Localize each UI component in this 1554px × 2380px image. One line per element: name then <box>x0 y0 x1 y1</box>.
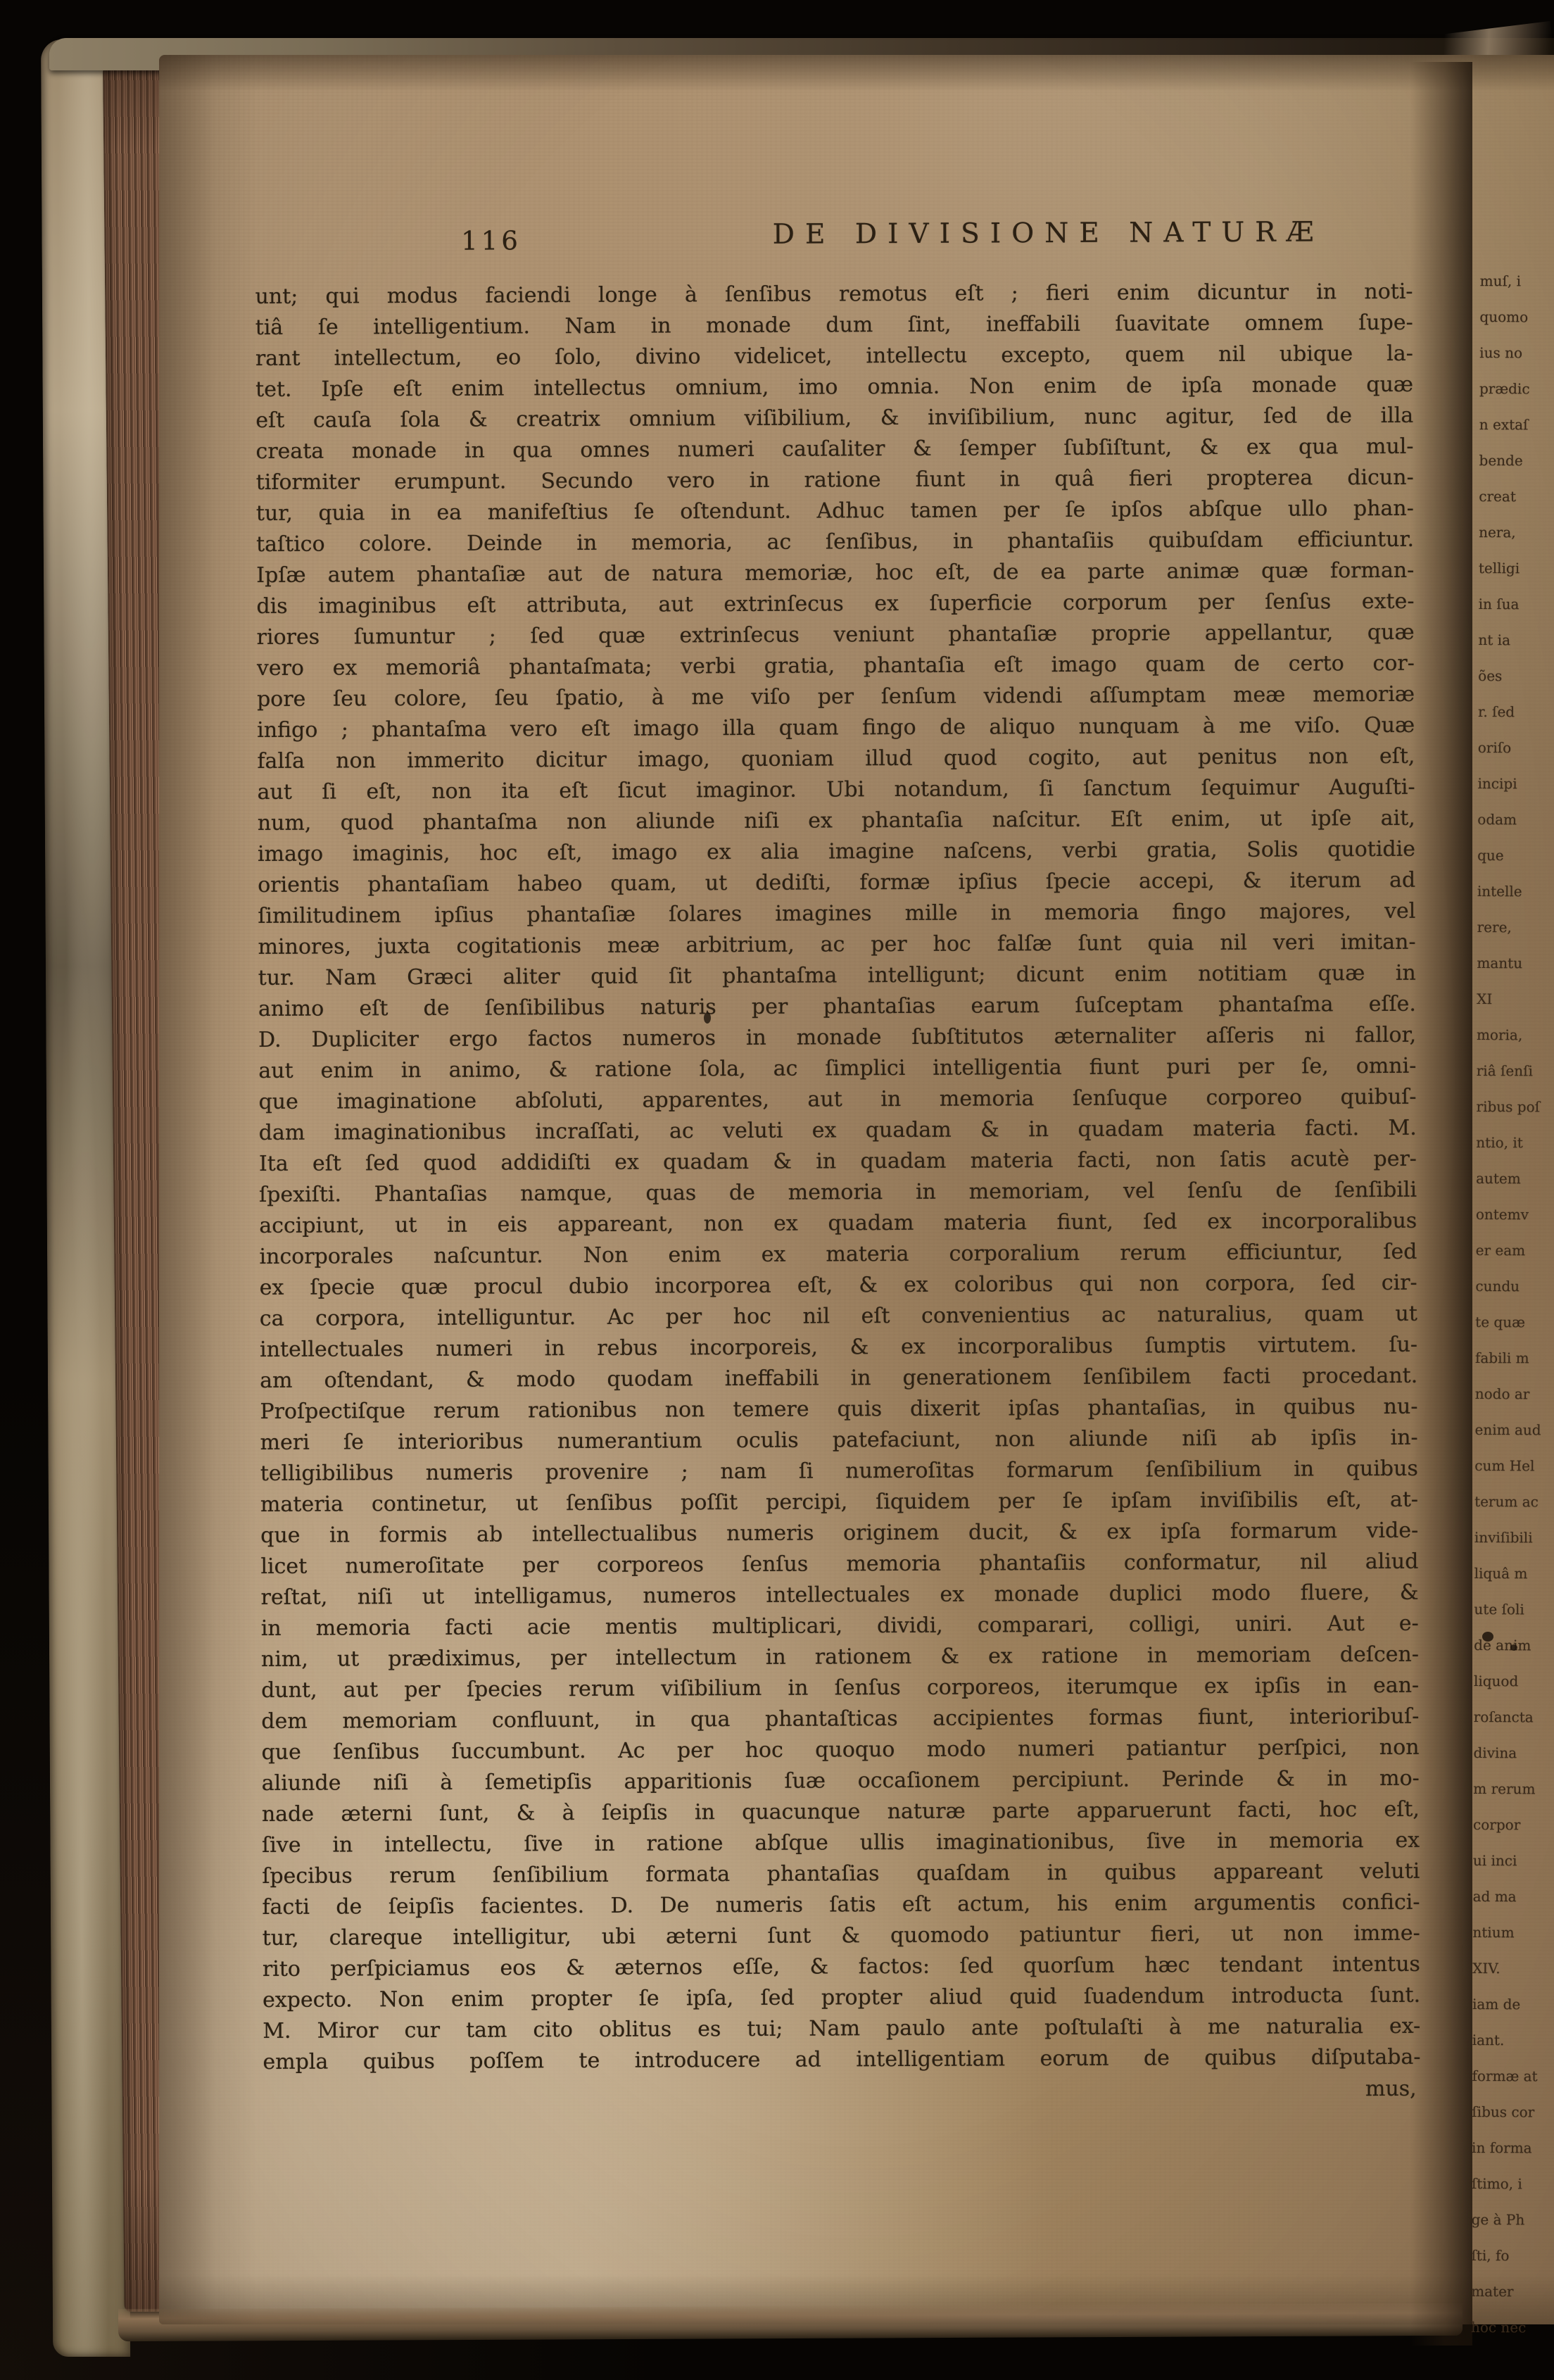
text-line: falſa non immerito dicitur imago, quonia… <box>257 741 1415 777</box>
text-line: telligibilibus numeris provenire ; nam ſ… <box>260 1454 1418 1490</box>
curl-text-fragment: m rerum <box>1473 1771 1546 1807</box>
curl-text-fragment: ões <box>1478 658 1551 694</box>
text-line: incorporales naſcuntur. Non enim ex mate… <box>259 1237 1417 1273</box>
text-line: ex ſpecie quæ procul dubio incorporea eſ… <box>260 1268 1417 1304</box>
curl-text-fragment: moria, <box>1477 1017 1550 1053</box>
text-line: M. Miror cur tam cito oblitus es tui; Na… <box>263 2011 1420 2047</box>
curl-text-fragment: ntium <box>1472 1915 1546 1951</box>
text-line: tur, clareque intelligitur, ubi æterni ſ… <box>263 1918 1420 1954</box>
curl-text-fragment: telligi <box>1479 550 1552 586</box>
page-number: 116 <box>461 225 522 256</box>
curl-text-fragment: oriſo <box>1478 730 1551 766</box>
ink-spot <box>704 1012 711 1024</box>
curl-text-fragment: prædic <box>1479 371 1553 407</box>
text-line: ſpecibus rerum ſenſibilium formata phant… <box>262 1856 1420 1892</box>
text-line: dunt, aut per ſpecies rerum viſibilium i… <box>261 1670 1419 1706</box>
curl-text-fragment: cundu <box>1475 1268 1548 1304</box>
curl-text-fragment: er eam <box>1476 1233 1549 1268</box>
text-line: aut enim in animo, & ratione ſola, ac ſi… <box>258 1051 1416 1087</box>
curl-text-fragment: rere, <box>1477 909 1550 945</box>
curl-text-fragment: creat <box>1479 479 1552 515</box>
text-line: unt; qui modus faciendi longe à ſenſibus… <box>255 277 1413 313</box>
text-line: vero ex memoriâ phantaſmata; verbi grati… <box>257 648 1415 684</box>
text-line: ca corpora, intelliguntur. Ac per hoc ni… <box>260 1299 1417 1335</box>
text-line: nade æterni ſunt, & à ſeipſis in quacunq… <box>262 1794 1420 1830</box>
text-line: dis imaginibus eſt attributa, aut extrin… <box>256 586 1414 622</box>
ink-spot <box>1510 1644 1517 1651</box>
text-line: aut ſi eſt, non ita eſt ſicut imaginor. … <box>258 772 1415 808</box>
text-line: accipiunt, ut in eis appareant, non ex q… <box>259 1206 1417 1242</box>
text-line: tet. Ipſe eſt enim intellectus omnium, i… <box>255 370 1413 405</box>
text-line: empla quibus poſſem te introducere ad in… <box>263 2042 1420 2078</box>
curl-text-fragment: nt ia <box>1478 622 1551 658</box>
curl-text-fragment: mater <box>1471 2274 1544 2310</box>
curl-text-fragment: liquod <box>1474 1663 1547 1699</box>
curl-text-fragment: quomo <box>1479 299 1553 335</box>
curl-text-fragment: enim aud <box>1474 1412 1548 1448</box>
curl-text-fragment: incipi <box>1477 766 1550 802</box>
curl-text-fragment: XI <box>1477 981 1550 1017</box>
text-line: am oſtendant, & modo quodam ineffabili i… <box>260 1361 1417 1397</box>
curl-text-fragment: ui inci <box>1473 1843 1546 1879</box>
curl-text-fragment: inviſibili <box>1474 1520 1548 1556</box>
curl-text-fragment: mantu <box>1477 945 1550 981</box>
curl-text-fragment: corpor <box>1473 1807 1546 1843</box>
curl-text-fragment: te quæ <box>1475 1304 1548 1340</box>
text-line: tur, quia in ea manifeſtius ſe oſtendunt… <box>256 493 1414 529</box>
curl-text-fragment: ſti, fo <box>1471 2238 1544 2274</box>
curl-text-fragment: hoc nec <box>1471 2310 1544 2346</box>
curl-text-fragment: in forma <box>1472 2130 1545 2166</box>
curl-text-fragment: ute ſoli <box>1474 1592 1547 1627</box>
curl-fragments: muſ, iquomoius noprædicn extaſbendecreat… <box>1470 65 1554 2346</box>
curl-text-fragment: n extaſ <box>1479 407 1553 443</box>
curl-text-fragment: ontemv <box>1476 1197 1549 1233</box>
curl-text-fragment: ſtimo, i <box>1472 2166 1545 2202</box>
text-line: num, quod phantaſma non aliunde niſi ex … <box>258 803 1415 839</box>
curl-text-fragment: XIV. <box>1472 1951 1546 1987</box>
curl-text-fragment: divina <box>1473 1735 1546 1771</box>
text-line: aliunde niſi à ſemetipſis apparitionis ſ… <box>262 1763 1420 1799</box>
ink-spot <box>1482 1632 1493 1642</box>
text-line: Proſpectiſque rerum rationibus non temer… <box>260 1392 1417 1428</box>
text-line: reſtat, niſi ut intelligamus, numeros in… <box>260 1578 1418 1613</box>
curl-text-fragment: odam <box>1477 802 1550 838</box>
curl-text-fragment: ius no <box>1479 335 1553 371</box>
text-line: facti de ſeipſis facientes. D. De numeri… <box>262 1887 1420 1923</box>
curl-text-fragment: que <box>1477 838 1550 874</box>
text-line: taſtico colore. Deinde in memoria, ac ſe… <box>256 524 1414 560</box>
curl-text-fragment: terum ac <box>1474 1484 1548 1520</box>
text-line: rant intellectum, eo ſolo, divino videli… <box>255 339 1413 374</box>
curl-text-fragment: cum Hel <box>1474 1448 1548 1484</box>
text-line: dem memoriam confluunt, in qua phantaſti… <box>261 1701 1419 1737</box>
text-line: eſt cauſa ſola & creatrix omnium viſibil… <box>255 401 1413 436</box>
text-line: riores ſumuntur ; ſed quæ extrinſecus ve… <box>257 617 1415 653</box>
text-line: licet numeroſitate per corporeos ſenſus … <box>260 1547 1418 1582</box>
curl-text-fragment: ribus poſ <box>1476 1089 1549 1125</box>
page-header: 116 DE DIVISIONE NATURÆ <box>255 206 1413 282</box>
body-text: unt; qui modus faciendi longe à ſenſibus… <box>255 277 1420 2078</box>
curl-text-fragment: ſibus cor <box>1472 2094 1545 2130</box>
text-line: Ipſæ autem phantaſiæ aut de natura memor… <box>256 555 1414 591</box>
text-line: intellectuales numeri in rebus incorpore… <box>260 1330 1417 1366</box>
text-line: nim, ut prædiximus, per intellectum in r… <box>261 1639 1419 1675</box>
text-block: 116 DE DIVISIONE NATURÆ unt; qui modus f… <box>255 206 1421 2110</box>
text-line: infigo ; phantaſma vero eſt imago illa q… <box>257 710 1415 746</box>
book-scan: muſ, iquomoius noprædicn extaſbendecreat… <box>0 0 1554 2380</box>
text-line: materia continetur, ut ſenſibus poſſit p… <box>260 1485 1418 1520</box>
text-line: orientis phantaſiam habeo quam, ut dediſ… <box>258 865 1415 901</box>
curl-text-fragment: iant. <box>1472 2022 1546 2058</box>
running-head: DE DIVISIONE NATURÆ <box>684 216 1413 251</box>
curl-text-fragment: intelle <box>1477 874 1550 909</box>
text-line: ſimilitudinem ipſius phantaſiæ ſolares i… <box>258 896 1415 932</box>
curl-text-fragment: liquâ m <box>1474 1556 1548 1592</box>
curl-text-fragment: autem <box>1476 1161 1549 1197</box>
text-line: pore ſeu colore, ſeu ſpatio, à me viſo p… <box>257 679 1415 715</box>
curl-text-fragment: formæ at <box>1472 2058 1545 2094</box>
text-line: animo eſt de ſenſibilibus naturis per ph… <box>258 989 1416 1025</box>
text-line: que imaginatione abſoluti, apparentes, a… <box>258 1082 1416 1118</box>
curl-text-fragment: fabili m <box>1475 1340 1548 1376</box>
curl-text-fragment: ad ma <box>1473 1879 1546 1915</box>
curl-text-fragment: in ſua <box>1479 586 1552 622</box>
curl-text-fragment: ntio, it <box>1476 1125 1549 1161</box>
text-line: meri ſe interioribus numerantium oculis … <box>260 1423 1418 1459</box>
curl-text-fragment: nera, <box>1479 515 1552 550</box>
text-line: dam imaginationibus incraſſati, ac velut… <box>259 1113 1417 1149</box>
text-line: rito perſpiciamus eos & æternos eſſe, & … <box>263 1949 1420 1985</box>
curl-text-fragment: muſ, i <box>1480 263 1553 299</box>
curl-text-fragment: riâ ſenſi <box>1477 1053 1550 1089</box>
facing-leaf-curled-edge: muſ, iquomoius noprædicn extaſbendecreat… <box>1470 65 1554 2351</box>
text-line: D. Dupliciter ergo factos numeros in mon… <box>258 1020 1416 1056</box>
curl-text-fragment: bende <box>1479 443 1552 479</box>
text-line: Ita eſt ſed quod addidiſti ex quadam & i… <box>259 1144 1417 1180</box>
text-line: que ſenſibus ſuccumbunt. Ac per hoc quoq… <box>261 1732 1419 1768</box>
curl-text-fragment: nodo ar <box>1475 1376 1548 1412</box>
text-line: tiformiter erumpunt. Secundo vero in rat… <box>256 462 1414 498</box>
text-line: ſive in intellectu, ſive in ratione abſq… <box>262 1825 1420 1861</box>
text-line: imago imaginis, hoc eſt, imago ex alia i… <box>258 834 1415 870</box>
text-line: expecto. Non enim propter ſe ipſa, ſed p… <box>263 1980 1420 2016</box>
catchword: mus, <box>263 2073 1421 2110</box>
text-line: ſpexiſti. Phantaſias namque, quas de mem… <box>259 1175 1417 1211</box>
text-line: que in formis ab intellectualibus numeri… <box>260 1516 1418 1551</box>
curl-text-fragment: ge à Ph <box>1472 2202 1545 2238</box>
text-line: in memoria facti acie mentis multiplicar… <box>261 1608 1419 1644</box>
curl-text-fragment: roſancta <box>1474 1699 1547 1735</box>
page-bottom-edge <box>118 2303 1463 2341</box>
curl-text-fragment: r. ſed <box>1478 694 1551 730</box>
text-line: minores, juxta cogitationis meæ arbitriu… <box>258 927 1415 963</box>
text-line: creata monade in qua omnes numeri cauſal… <box>255 432 1413 467</box>
text-line: tur. Nam Græci aliter quid ſit phantaſma… <box>258 958 1416 994</box>
text-line: tiâ ſe intelligentium. Nam in monade dum… <box>255 308 1413 344</box>
curl-text-fragment: iam de <box>1472 1987 1546 2022</box>
